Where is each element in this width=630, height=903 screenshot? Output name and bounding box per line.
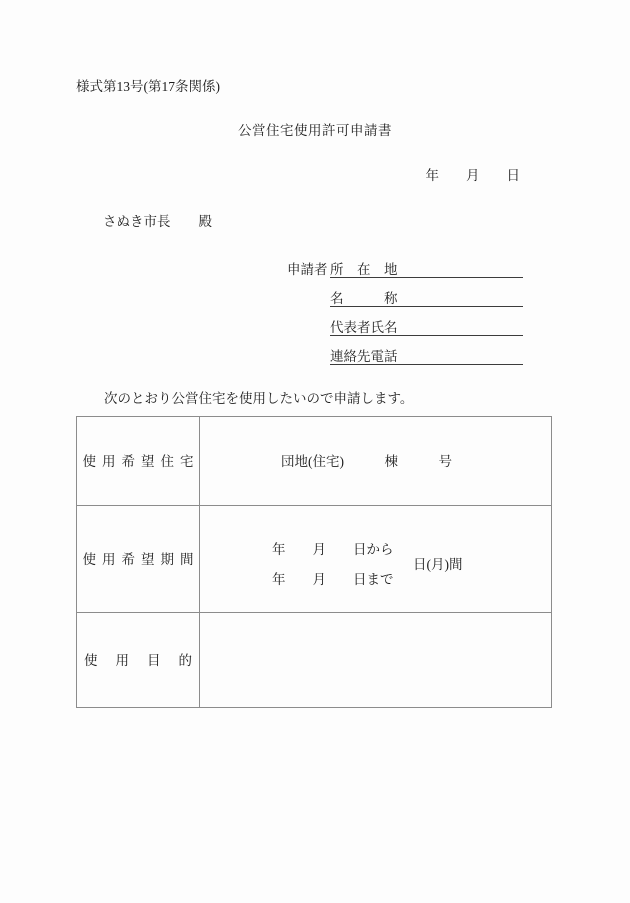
period-to-line: 年 月 日まで — [272, 572, 394, 587]
field-representative-line: 代表者氏名 — [330, 321, 523, 336]
applicant-fields: 所 在 地 名 称 代表者氏名 連絡先電話 — [330, 263, 523, 365]
row-content-desired-period: 年 月 日から 年 月 日まで 日(月)間 — [200, 506, 551, 612]
application-table: 使用希望住宅 団地(住宅) 棟 号 使用希望期間 年 月 日から 年 月 日まで… — [76, 416, 552, 708]
period-duration-label: 日(月)間 — [413, 557, 463, 572]
row-content-purpose — [200, 613, 551, 707]
addressee-name: さぬき市長 — [103, 214, 171, 229]
row-header-purpose-label: 使用目的 — [84, 653, 210, 668]
field-address-label: 所 在 地 — [330, 262, 398, 277]
applicant-label: 申請者 — [287, 263, 328, 365]
row-header-purpose: 使用目的 — [77, 613, 200, 707]
field-representative-label: 代表者氏名 — [330, 320, 398, 335]
row-header-desired-period: 使用希望期間 — [77, 506, 200, 612]
row-header-desired-housing-label: 使用希望住宅 — [83, 454, 200, 469]
date-line: 年 月 日 — [426, 168, 521, 183]
intro-sentence: 次のとおり公営住宅を使用したいので申請します。 — [104, 391, 413, 406]
field-name-line: 名 称 — [330, 292, 523, 307]
desired-housing-line: 団地(住宅) 棟 号 — [281, 454, 452, 469]
applicant-block: 申請者 所 在 地 名 称 代表者氏名 連絡先電話 — [287, 263, 523, 365]
table-row-desired-period: 使用希望期間 年 月 日から 年 月 日まで 日(月)間 — [77, 505, 551, 612]
field-address-line: 所 在 地 — [330, 263, 523, 278]
page-title: 公営住宅使用許可申請書 — [0, 123, 630, 138]
row-header-desired-housing: 使用希望住宅 — [77, 417, 200, 505]
period-from-line: 年 月 日から — [272, 542, 394, 557]
field-phone-line: 連絡先電話 — [330, 350, 523, 365]
application-form-page: 様式第13号(第17条関係) 公営住宅使用許可申請書 年 月 日 さぬき市長 殿… — [0, 0, 630, 903]
table-row-purpose: 使用目的 — [77, 612, 551, 707]
field-name-label: 名 称 — [330, 291, 398, 306]
honorific: 殿 — [199, 214, 213, 229]
row-header-desired-period-label: 使用希望期間 — [83, 552, 200, 567]
row-content-desired-housing: 団地(住宅) 棟 号 — [200, 417, 551, 505]
field-phone-label: 連絡先電話 — [330, 349, 398, 364]
form-code: 様式第13号(第17条関係) — [76, 79, 220, 94]
table-row-desired-housing: 使用希望住宅 団地(住宅) 棟 号 — [77, 417, 551, 505]
addressee-row: さぬき市長 殿 — [103, 214, 212, 229]
